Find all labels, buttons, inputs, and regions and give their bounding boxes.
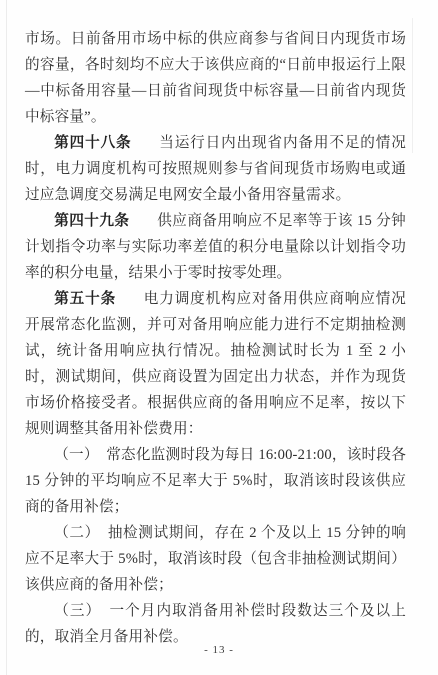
paragraph-text: 市场。日前备用市场中标的供应商参与省间日内现货市场的容量，各时刻均不应大于该供应… xyxy=(25,31,406,125)
article-49: 第四十九条供应商备用响应不足率等于该 15 分钟计划指令功率与实际功率差值的积分… xyxy=(25,208,406,286)
paragraph-text: （一） 常态化监测时段为每日 16:00-21:00，该时段各 15 分钟的平均… xyxy=(25,447,406,515)
document-body: 市场。日前备用市场中标的供应商参与省间日内现货市场的容量，各时刻均不应大于该供应… xyxy=(25,26,406,650)
list-item-2: （二） 抽检测试期间，存在 2 个及以上 15 分钟的响应不足率大于 5%时，取… xyxy=(25,520,406,598)
article-48: 第四十八条当运行日内出现省内备用不足的情况时，电力调度机构可按照规则参与省间现货… xyxy=(25,130,406,208)
article-number: 第四十九条 xyxy=(54,213,129,229)
scan-artifact-left-line xyxy=(6,0,7,675)
paragraph-text: （三） 一个月内取消备用补偿时段数达三个及以上的，取消全月备用补偿。 xyxy=(25,603,406,645)
document-page: 市场。日前备用市场中标的供应商参与省间日内现货市场的容量，各时刻均不应大于该供应… xyxy=(0,0,438,675)
scan-artifact-right-line xyxy=(412,18,413,153)
paragraph-continuation: 市场。日前备用市场中标的供应商参与省间日内现货市场的容量，各时刻均不应大于该供应… xyxy=(25,26,406,130)
paragraph-text: 电力调度机构应对备用供应商响应情况开展常态化监测，并可对备用响应能力进行不定期抽… xyxy=(25,291,406,437)
paragraph-text: （二） 抽检测试期间，存在 2 个及以上 15 分钟的响应不足率大于 5%时，取… xyxy=(25,525,406,593)
list-item-3: （三） 一个月内取消备用补偿时段数达三个及以上的，取消全月备用补偿。 xyxy=(25,598,406,650)
article-number: 第五十条 xyxy=(54,291,116,307)
article-number: 第四十八条 xyxy=(54,135,131,151)
page-number: - 13 - xyxy=(0,644,438,656)
article-50: 第五十条电力调度机构应对备用供应商响应情况开展常态化监测，并可对备用响应能力进行… xyxy=(25,286,406,442)
list-item-1: （一） 常态化监测时段为每日 16:00-21:00，该时段各 15 分钟的平均… xyxy=(25,442,406,520)
